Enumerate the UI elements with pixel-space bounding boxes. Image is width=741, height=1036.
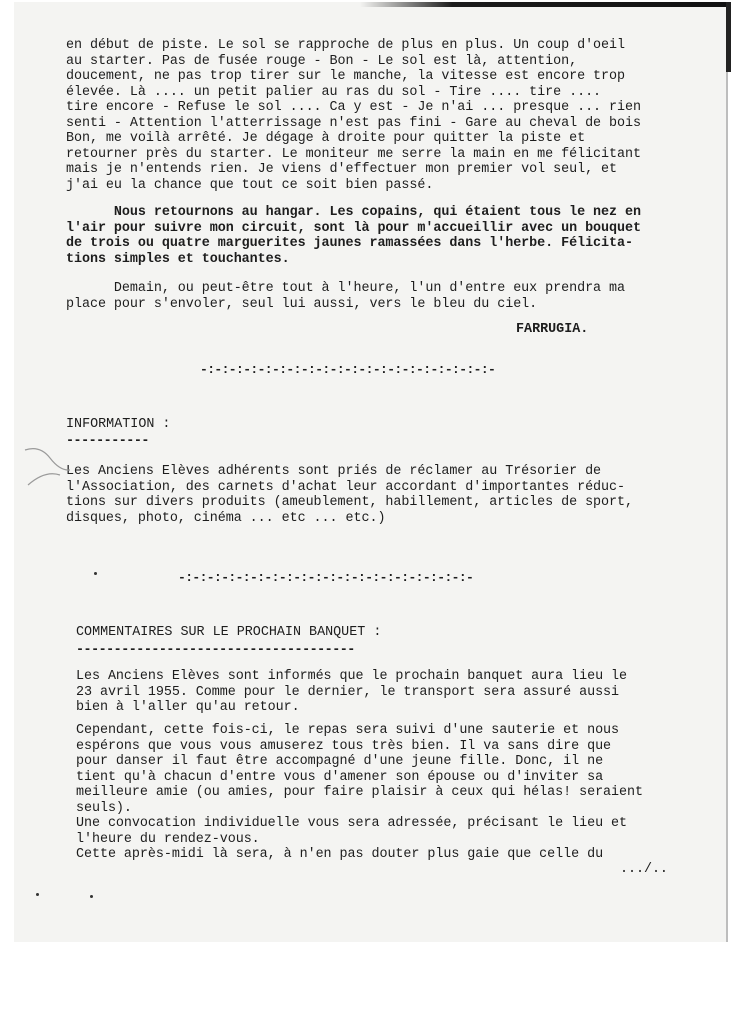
text-line: tire encore - Refuse le sol .... Ca y es…	[66, 100, 641, 116]
text-line: tient qu'à chacun d'entre vous d'amener …	[76, 770, 643, 786]
information-heading: INFORMATION :	[66, 417, 170, 432]
ink-speck	[94, 572, 97, 575]
text-line: Bon, me voilà arrêté. Je dégage à droite…	[66, 131, 641, 147]
text-line: l'air pour suivre mon circuit, sont là p…	[66, 221, 641, 237]
banquet-heading: COMMENTAIRES SUR LE PROCHAIN BANQUET :	[76, 625, 381, 640]
banquet-underline: -------------------------------------	[76, 646, 355, 656]
banquet-para-1: Les Anciens Elèves sont informés que le …	[76, 669, 627, 716]
text-line: en début de piste. Le sol se rapproche d…	[66, 38, 641, 54]
text-line: l'heure du rendez-vous.	[76, 832, 627, 848]
banquet-para-2: Cependant, cette fois-ci, le repas sera …	[76, 723, 643, 816]
text-line: doucement, ne pas trop tirer sur le manc…	[66, 69, 641, 85]
text-line: Cependant, cette fois-ci, le repas sera …	[76, 723, 643, 739]
text-line: senti - Attention l'atterrissage n'est p…	[66, 116, 641, 132]
text-line: 23 avril 1955. Comme pour le dernier, le…	[76, 685, 627, 701]
text-line: retourner près du starter. Le moniteur m…	[66, 147, 641, 163]
text-line: Cette après-midi là sera, à n'en pas dou…	[76, 847, 603, 863]
paragraph-flight: en début de piste. Le sol se rapproche d…	[66, 38, 641, 193]
text-line: tions sur divers produits (ameublement, …	[66, 495, 633, 511]
text-line: Une convocation individuelle vous sera a…	[76, 816, 627, 832]
text-line: tions simples et touchantes.	[66, 252, 641, 268]
text-line: au starter. Pas de fusée rouge - Bon - L…	[66, 54, 641, 70]
text-line: place pour s'envoler, seul lui aussi, ve…	[66, 297, 625, 313]
ink-speck	[36, 893, 39, 896]
text-line: espérons que vous vous amuserez tous trè…	[76, 739, 643, 755]
banquet-para-3: Une convocation individuelle vous sera a…	[76, 816, 627, 847]
text-line: Demain, ou peut-être tout à l'heure, l'u…	[66, 281, 625, 297]
paragraph-demain: Demain, ou peut-être tout à l'heure, l'u…	[66, 281, 625, 312]
page-edge-shadow-right	[726, 2, 731, 72]
signature: FARRUGIA.	[516, 322, 588, 337]
text-line: meilleure amie (ou amies, pour faire pla…	[76, 785, 643, 801]
text-line: l'Association, des carnets d'achat leur …	[66, 480, 633, 496]
paragraph-hangar: Nous retournons au hangar. Les copains, …	[66, 205, 641, 267]
text-line: pour danser il faut être accompagné d'un…	[76, 754, 643, 770]
text-line: Nous retournons au hangar. Les copains, …	[66, 205, 641, 221]
text-line: de trois ou quatre marguerites jaunes ra…	[66, 236, 641, 252]
text-line: bien à l'aller qu'au retour.	[76, 700, 627, 716]
text-line: mais je n'entends rien. Je viens d'effec…	[66, 162, 641, 178]
text-line: Les Anciens Elèves sont informés que le …	[76, 669, 627, 685]
text-line: disques, photo, cinéma ... etc ... etc.)	[66, 511, 633, 527]
page-edge-shadow	[360, 2, 730, 7]
information-body: Les Anciens Elèves adhérents sont priés …	[66, 464, 633, 526]
text-line: Les Anciens Elèves adhérents sont priés …	[66, 464, 633, 480]
separator: -:-:-:-:-:-:-:-:-:-:-:-:-:-:-:-:-:-:-:-:…	[200, 362, 495, 377]
separator: -:-:-:-:-:-:-:-:-:-:-:-:-:-:-:-:-:-:-:-:…	[178, 570, 473, 585]
text-line: seuls).	[76, 801, 643, 817]
text-line: élevée. Là .... un petit palier au ras d…	[66, 85, 641, 101]
banquet-para-4: Cette après-midi là sera, à n'en pas dou…	[76, 847, 603, 863]
text-line: j'ai eu la chance que tout ce soit bien …	[66, 178, 641, 194]
pen-scribble-mark	[20, 440, 110, 500]
continuation-mark: .../..	[620, 862, 668, 878]
ink-speck	[90, 895, 93, 898]
